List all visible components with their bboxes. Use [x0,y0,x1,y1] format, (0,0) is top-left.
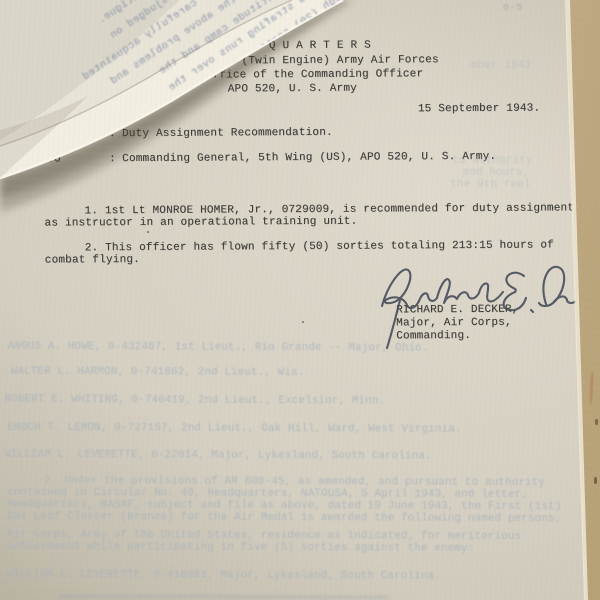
bleed-cutoff-line [59,594,389,599]
document-photo: 0-5 H E A D Q U A R T E R S (Twin Engine… [0,0,600,600]
page-speck-1 [147,231,149,233]
bleed-roster-line-1: ANGUS A. HOWE, 0-432467, 1st Lieut., Rio… [8,342,429,355]
bleed-right-fragment-2: and hours, [463,168,530,179]
bleed-right-fragment-3: the 9th reel [450,180,530,191]
bleed-right-fragment-1: to authority [453,156,533,167]
bleed-roster-line-3: ROBERT E. WHITING, 0-740419, 2nd Lieut.,… [5,395,386,408]
bleed-last-roster-line: WILLIAM L. LEVERETTE, 0-416081, Major, L… [7,570,441,583]
bleed-roster-line-5: WILLIAM L. LEVERETTE, 0-22014, Major, Ly… [4,450,432,463]
edge-strip-speck-2 [594,477,597,484]
edge-strip-speck-1 [595,419,598,425]
bleed-date-fragment: mber 1943 [471,61,531,72]
bleed-roster-line-4: ENOCH T. LEMON, 0-727157, 2nd Lieut., Oa… [7,423,461,436]
bleed-roster-line-2: WALTER L. HARMON, 0-741862, 2nd Lieut., … [11,367,305,379]
bleed-citation-line-6: achievement while participating in five … [7,542,475,555]
page-speck-2 [302,321,304,323]
bleed-citation-line-4: Oak Leaf Cluster (Bronze) for the Air Me… [7,512,561,525]
bleed-through-layer: mber 1943 to authority and hours, the 9t… [0,0,600,600]
